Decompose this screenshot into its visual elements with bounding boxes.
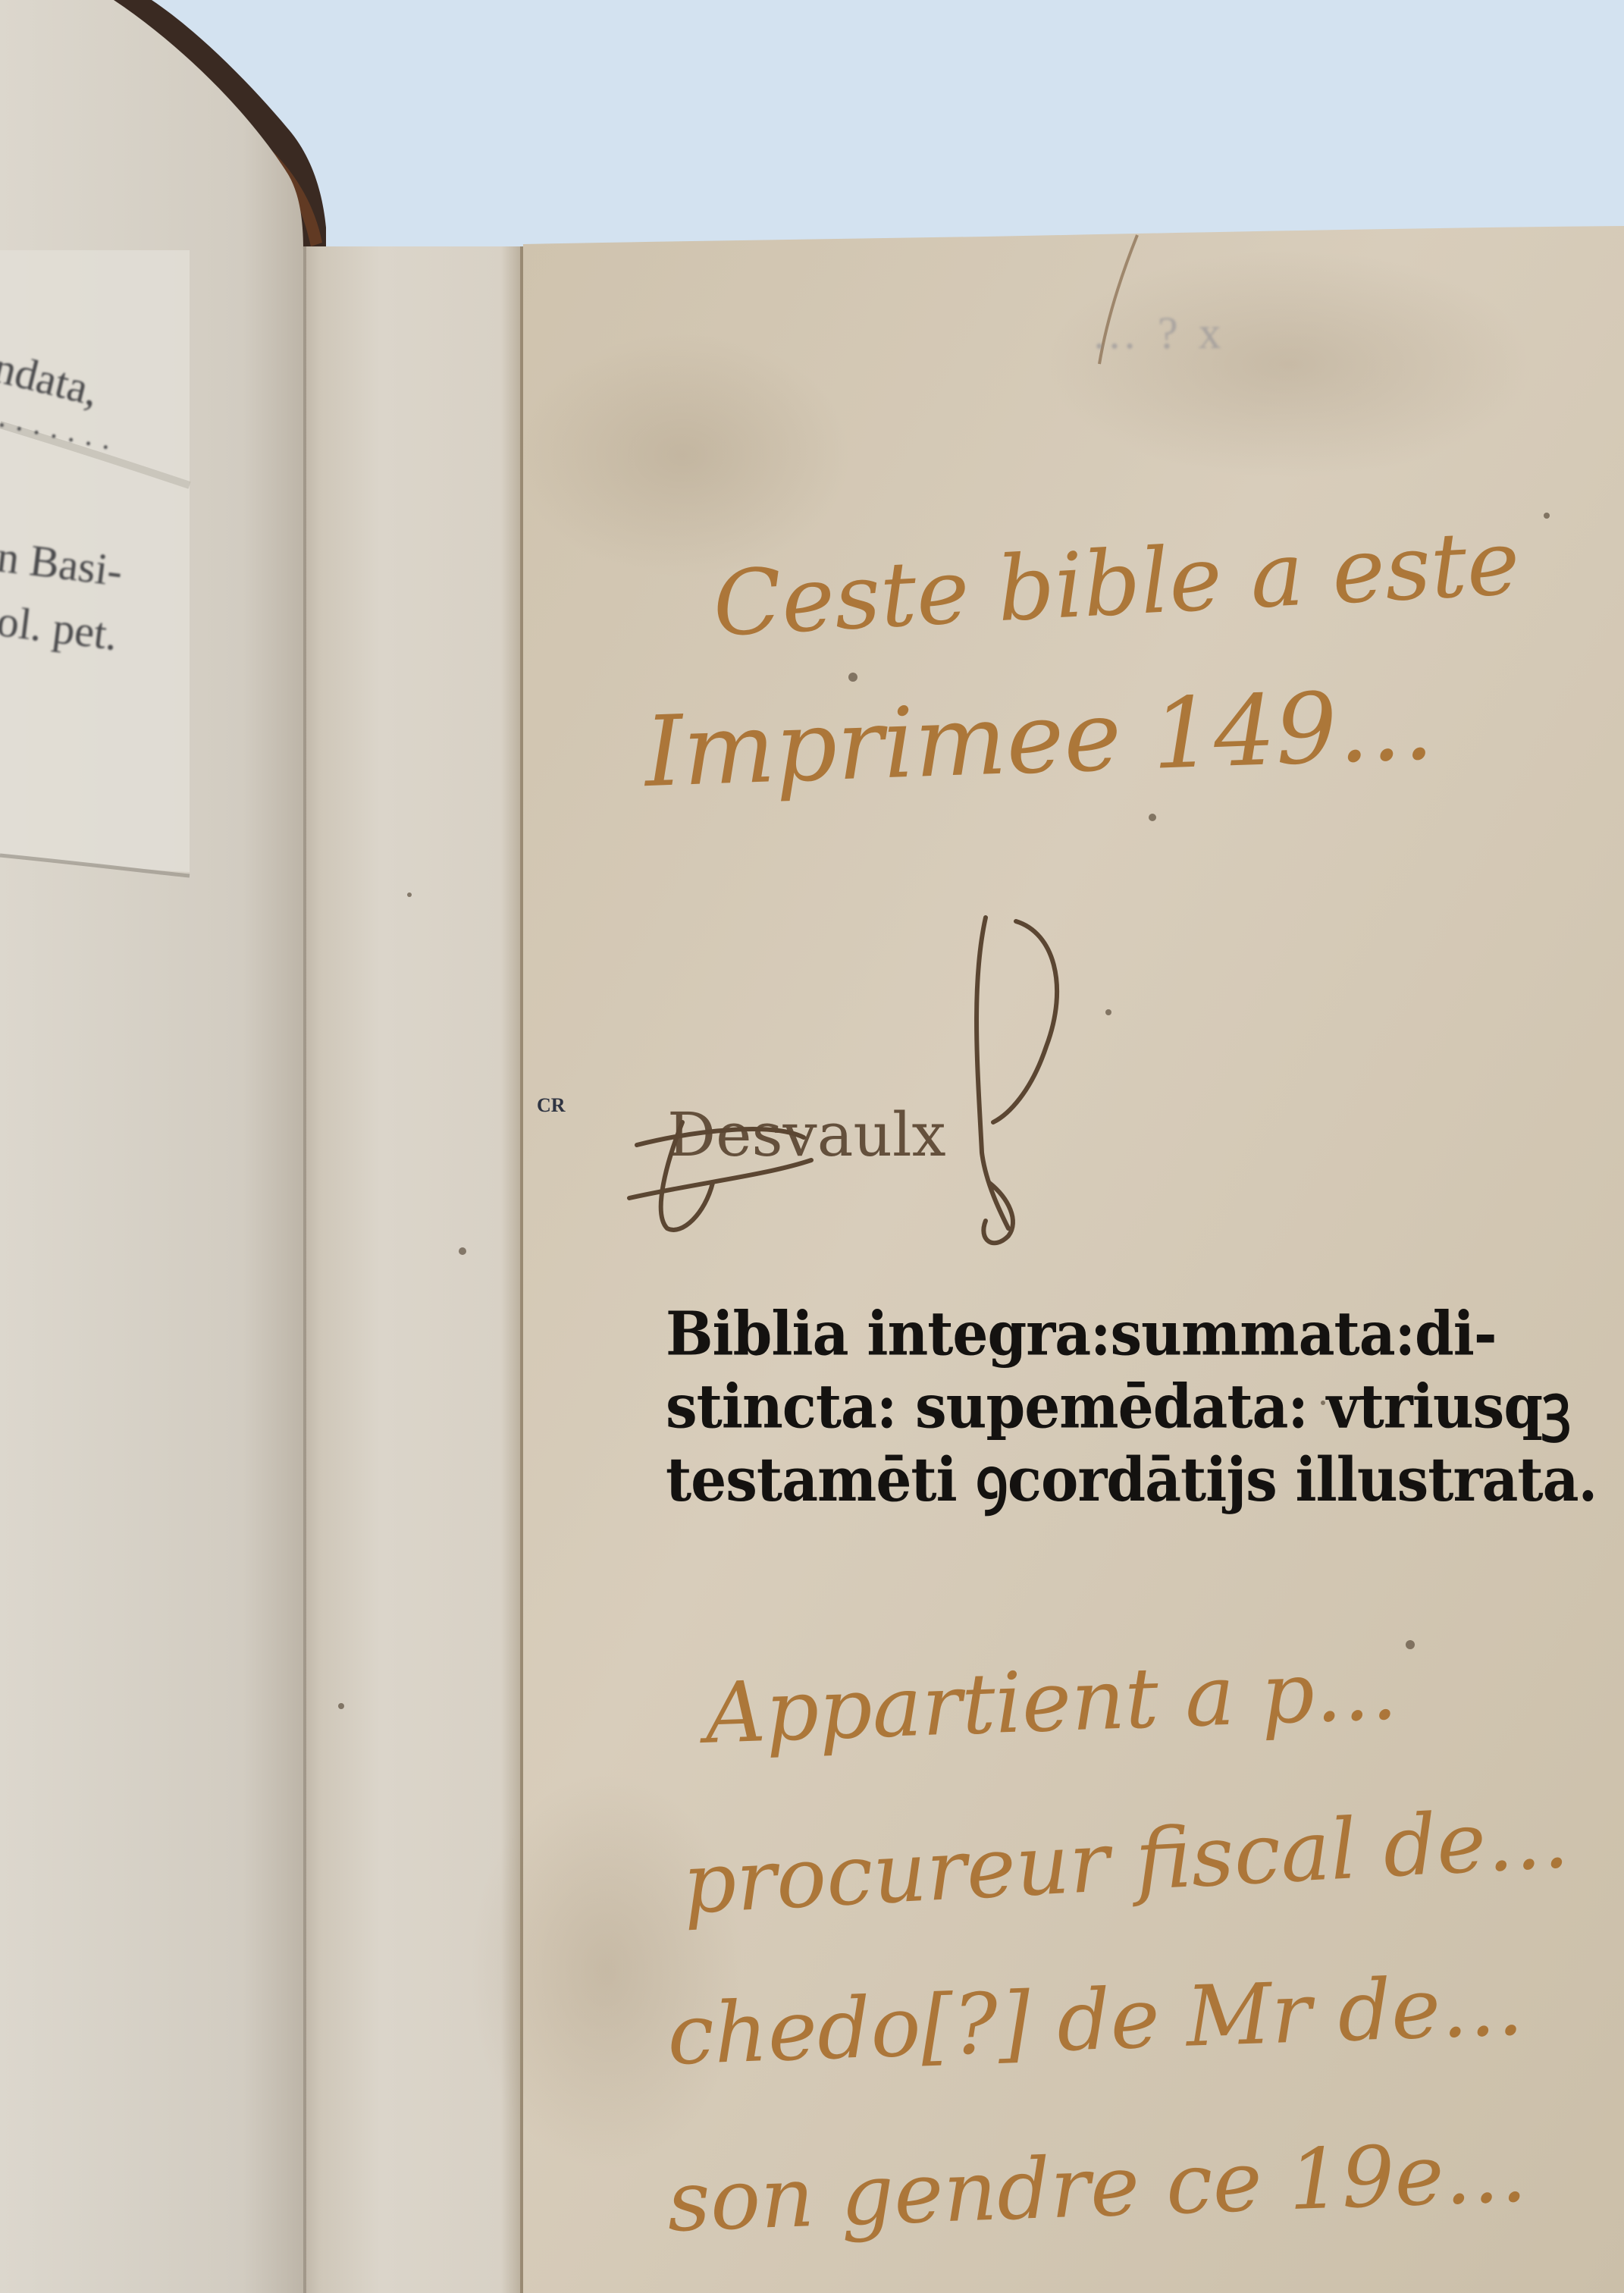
- printed-title: Biblia integra:summata:di- stincta: supe…: [666, 1298, 1624, 1517]
- title-line-3: testamēti ꝯcordātijs illustrata.: [666, 1444, 1624, 1517]
- title-line-2: stincta: supemēdata: vtriusqꝫ: [666, 1371, 1624, 1444]
- title-line-1: Biblia integra:summata:di-: [666, 1298, 1624, 1371]
- margin-mark: CR: [537, 1094, 566, 1117]
- bleed-through-header: … ? x: [1092, 307, 1226, 359]
- signature: Desvaulx: [667, 1099, 946, 1170]
- book-photograph: ndata, · · · · · · · n Basi- ol. pet. … …: [0, 0, 1624, 2293]
